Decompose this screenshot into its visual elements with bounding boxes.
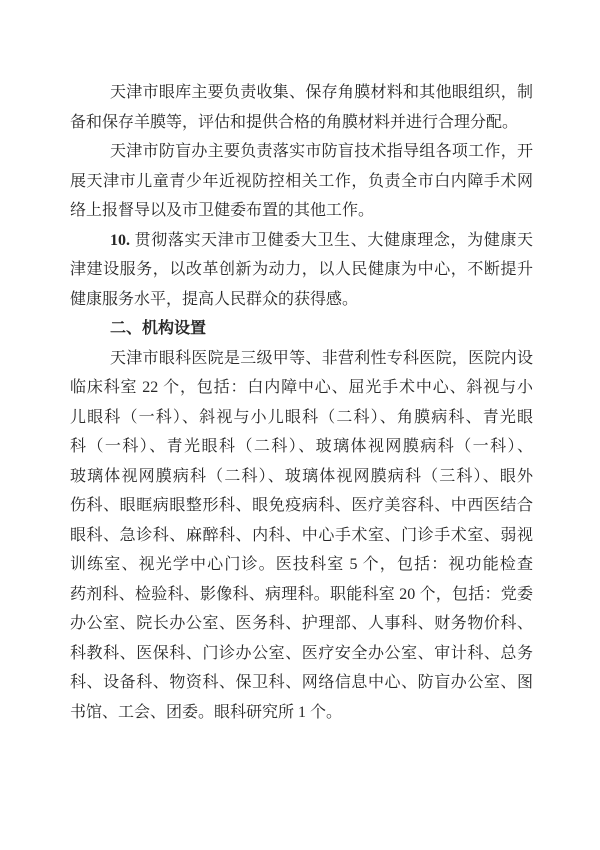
text-line: 健康服务水平，提高人民群众的获得感。 (70, 285, 533, 315)
text-line: 10. 贯彻落实天津市卫健委大卫生、大健康理念，为健康天 (70, 226, 533, 256)
text-line: 科（一科）、青光眼科（二科）、玻璃体视网膜病科（一科）、 (70, 432, 533, 462)
list-number: 10. (110, 232, 130, 249)
text-line: 眼科、急诊科、麻醉科、内科、中心手术室、门诊手术室、弱视 (70, 521, 533, 551)
text-line: 药剂科、检验科、影像科、病理科。职能科室 20 个，包括：党委 (70, 580, 533, 610)
text-line: 科教科、医保科、门诊办公室、医疗安全办公室、审计科、总务 (70, 639, 533, 669)
text-line: 天津市眼科医院是三级甲等、非营利性专科医院，医院内设 (70, 344, 533, 374)
text-line: 玻璃体视网膜病科（二科）、玻璃体视网膜病科（三科）、眼外 (70, 462, 533, 492)
para-item-10: 10. 贯彻落实天津市卫健委大卫生、大健康理念，为健康天津建设服务，以改革创新为… (70, 226, 533, 315)
document-content: 天津市眼库主要负责收集、保存角膜材料和其他眼组织，制备和保存羊膜等，评估和提供合… (70, 78, 533, 727)
text-line: 津建设服务，以改革创新为动力，以人民健康为中心，不断提升 (70, 255, 533, 285)
text-line: 天津市防盲办主要负责落实市防盲技术指导组各项工作，开 (70, 137, 533, 167)
text-line: 天津市眼库主要负责收集、保存角膜材料和其他眼组织，制 (70, 78, 533, 108)
text-line: 科、设备科、物资科、保卫科、网络信息中心、防盲办公室、图 (70, 668, 533, 698)
text-line: 办公室、院长办公室、医务科、护理部、人事科、财务物价科、 (70, 609, 533, 639)
text-line: 展天津市儿童青少年近视防控相关工作，负责全市白内障手术网 (70, 167, 533, 197)
heading-org-structure: 二、机构设置 (70, 314, 533, 344)
text-line: 训练室、视光学中心门诊。医技科室 5 个，包括：视功能检查科、 (70, 550, 533, 580)
para-blindness-prevention-office: 天津市防盲办主要负责落实市防盲技术指导组各项工作，开展天津市儿童青少年近视防控相… (70, 137, 533, 226)
para-org-details: 天津市眼科医院是三级甲等、非营利性专科医院，医院内设临床科室 22 个，包括：白… (70, 344, 533, 728)
text-line: 书馆、工会、团委。眼科研究所 1 个。 (70, 698, 533, 728)
text-line: 儿眼科（一科）、斜视与小儿眼科（二科）、角膜病科、青光眼 (70, 403, 533, 433)
text-line: 络上报督导以及市卫健委布置的其他工作。 (70, 196, 533, 226)
para-eye-bank: 天津市眼库主要负责收集、保存角膜材料和其他眼组织，制备和保存羊膜等，评估和提供合… (70, 78, 533, 137)
document-page: 天津市眼库主要负责收集、保存角膜材料和其他眼组织，制备和保存羊膜等，评估和提供合… (0, 0, 600, 850)
text-line: 备和保存羊膜等，评估和提供合格的角膜材料并进行合理分配。 (70, 108, 533, 138)
text-line: 临床科室 22 个，包括：白内障中心、屈光手术中心、斜视与小 (70, 373, 533, 403)
text-line: 伤科、眼眶病眼整形科、眼免疫病科、医疗美容科、中西医结合 (70, 491, 533, 521)
